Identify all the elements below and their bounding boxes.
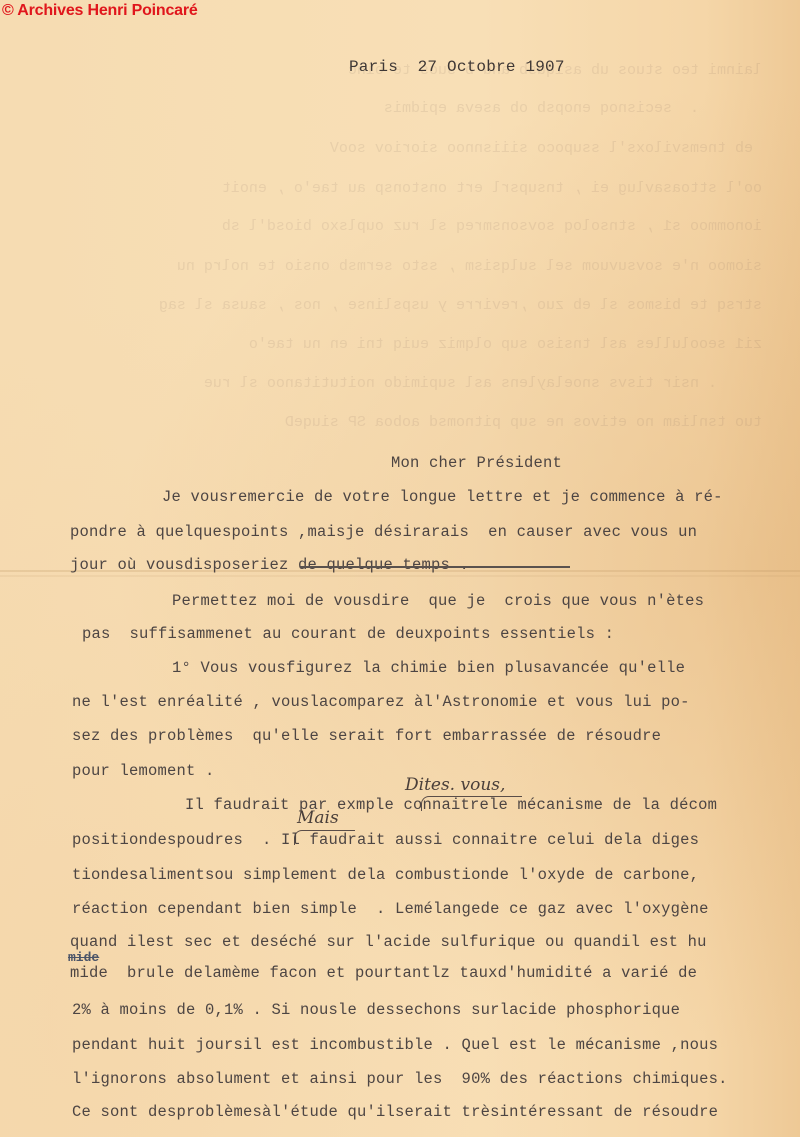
text-line: ne l'est enréalité , vouslacomparez àl'A… — [72, 693, 690, 711]
text-line: pondre à quelquespoints ,maisje désirara… — [70, 523, 697, 541]
handwritten-annotation: Dites. vous, — [405, 775, 505, 795]
paper-fold — [0, 575, 800, 577]
text-line: Je vousremercie de votre longue lettre e… — [162, 488, 723, 506]
text-line: jour où vousdisposeriez de quelque temps… — [70, 556, 469, 574]
overtyped-word: mide — [68, 950, 99, 965]
text-line: pour lemoment . — [72, 762, 215, 780]
handwritten-annotation: Mais — [297, 808, 339, 828]
text-line: 1° Vous vousfigurez la chimie bien plusa… — [172, 659, 685, 677]
text-line: pas suffisammenet au courant de deuxpoin… — [82, 625, 614, 643]
letter-page: lainmi teo stuos ub asiqusb anu b suos t… — [0, 0, 800, 1137]
strike-line — [300, 566, 570, 568]
text-line: Ce sont desproblèmesàl'étude qu'ilserait… — [72, 1103, 718, 1121]
text-line: positiondespoudres . Il faudrait aussi c… — [72, 831, 699, 849]
letter-date: Paris 27 Octobre 1907 — [349, 58, 565, 76]
text-line: Permettez moi de vousdire que je crois q… — [172, 592, 704, 610]
text-line: tiondesalimentsou simplement dela combus… — [72, 866, 699, 884]
text-line: quand ilest sec et deséché sur l'acide s… — [70, 933, 707, 951]
text-line: réaction cependant bien simple . Lemélan… — [72, 900, 709, 918]
text-line: mide brule delamème facon et pourtantlz … — [70, 964, 697, 982]
text-line: Il faudrait par exmple connaitrele mécan… — [185, 796, 717, 814]
text-line: pendant huit joursil est incombustible .… — [72, 1036, 718, 1054]
copyright-credit: © Archives Henri Poincaré — [2, 2, 198, 20]
text-line: sez des problèmes qu'elle serait fort em… — [72, 727, 661, 745]
salutation: Mon cher Président — [391, 454, 562, 472]
text-line: l'ignorons absolument et ainsi pour les … — [72, 1070, 728, 1088]
text-line: 2% à moins de 0,1% . Si nousle dessechon… — [72, 1001, 680, 1019]
